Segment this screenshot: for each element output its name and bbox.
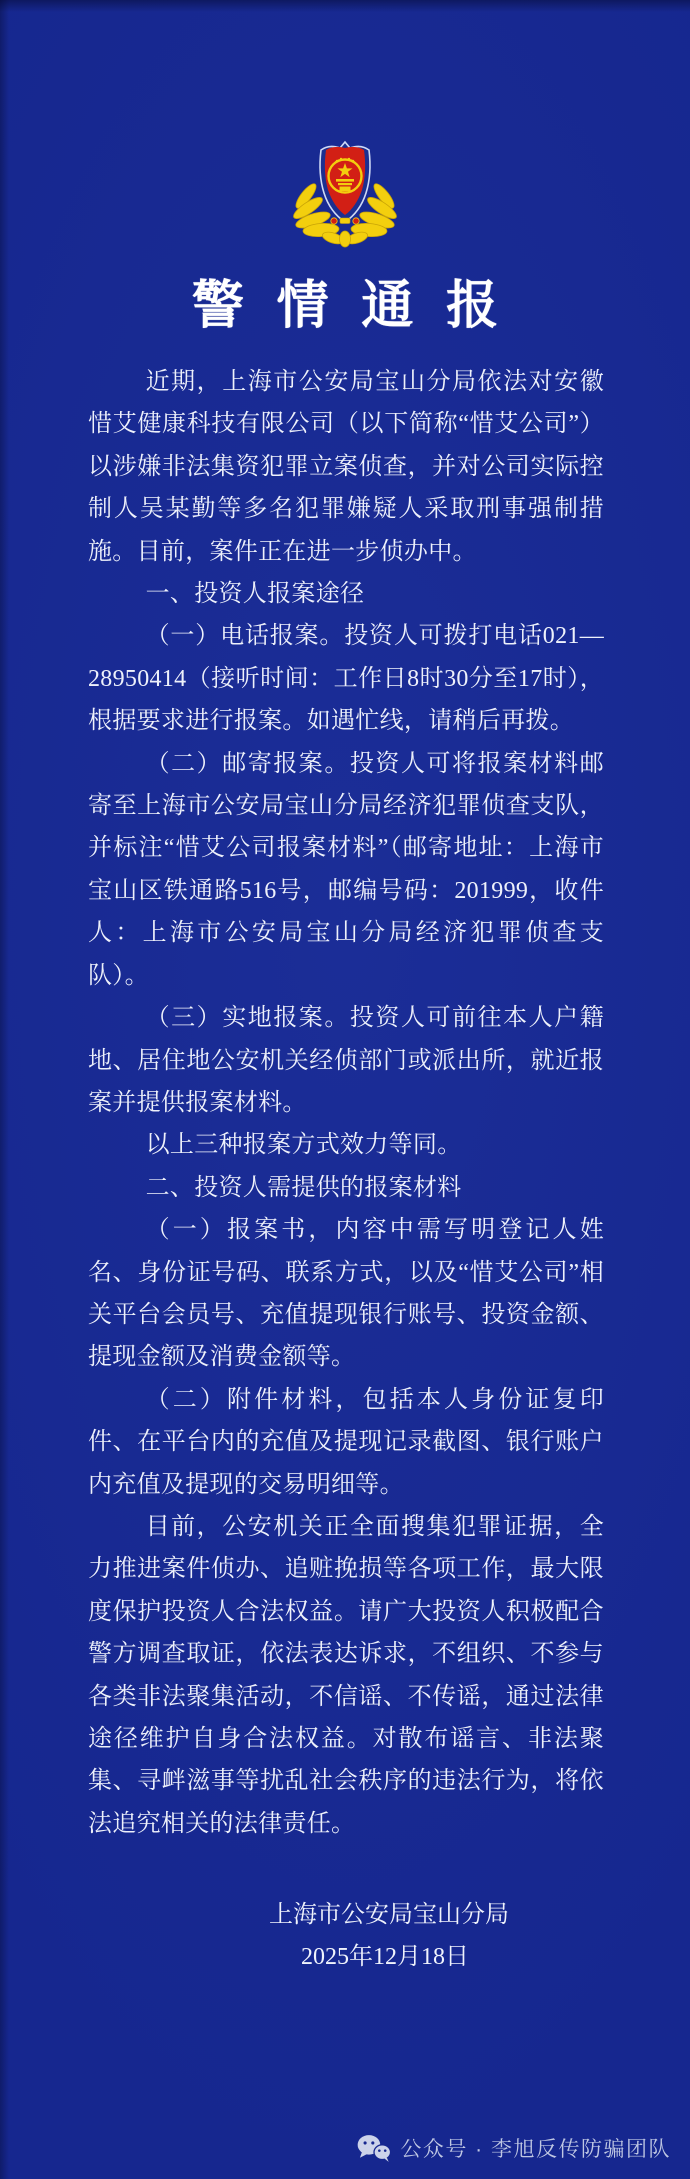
notice-paragraph: （一）报案书，内容中需写明登记人姓名、身份证号码、联系方式，以及“惜艾公司”相关… xyxy=(88,1209,604,1379)
notice-paragraph: （二）邮寄报案。投资人可将报案材料邮寄至上海市公安局宝山分局经济犯罪侦查支队，并… xyxy=(88,743,604,997)
police-badge-icon xyxy=(293,138,397,248)
police-notice-poster: 警情通报 近期，上海市公安局宝山分局依法对安徽惜艾健康科技有限公司（以下简称“惜… xyxy=(0,0,690,2179)
notice-section-heading: 二、投资人需提供的报案材料 xyxy=(88,1167,604,1209)
notice-body: 近期，上海市公安局宝山分局依法对安徽惜艾健康科技有限公司（以下简称“惜艾公司”）… xyxy=(88,361,604,1845)
notice-paragraph: 目前，公安机关正全面搜集犯罪证据，全力推进案件侦办、追赃挽损等各项工作，最大限度… xyxy=(88,1506,604,1845)
issuer-signature: 上海市公安局宝山分局 xyxy=(0,1899,690,1931)
notice-paragraph: （三）实地报案。投资人可前往本人户籍地、居住地公安机关经侦部门或派出所，就近报案… xyxy=(88,997,604,1124)
wechat-icon xyxy=(357,2134,391,2163)
watermark-text: 公众号 · 李旭反传防骗团队 xyxy=(400,2133,671,2163)
police-badge-emblem xyxy=(293,138,397,248)
issue-date: 2025年12月18日 xyxy=(0,1941,690,1973)
notice-title: 警情通报 xyxy=(0,266,690,348)
notice-paragraph: 近期，上海市公安局宝山分局依法对安徽惜艾健康科技有限公司（以下简称“惜艾公司”）… xyxy=(88,361,604,573)
notice-paragraph: 以上三种报案方式效力等同。 xyxy=(88,1124,604,1166)
notice-paragraph: （一）电话报案。投资人可拨打电话021—28950414（接听时间：工作日8时3… xyxy=(88,615,604,742)
watermark: 公众号 · 李旭反传防骗团队 xyxy=(357,2133,671,2163)
notice-paragraph: （二）附件材料，包括本人身份证复印件、在平台内的充值及提现记录截图、银行账户内充… xyxy=(88,1379,604,1506)
notice-section-heading: 一、投资人报案途径 xyxy=(88,573,604,615)
